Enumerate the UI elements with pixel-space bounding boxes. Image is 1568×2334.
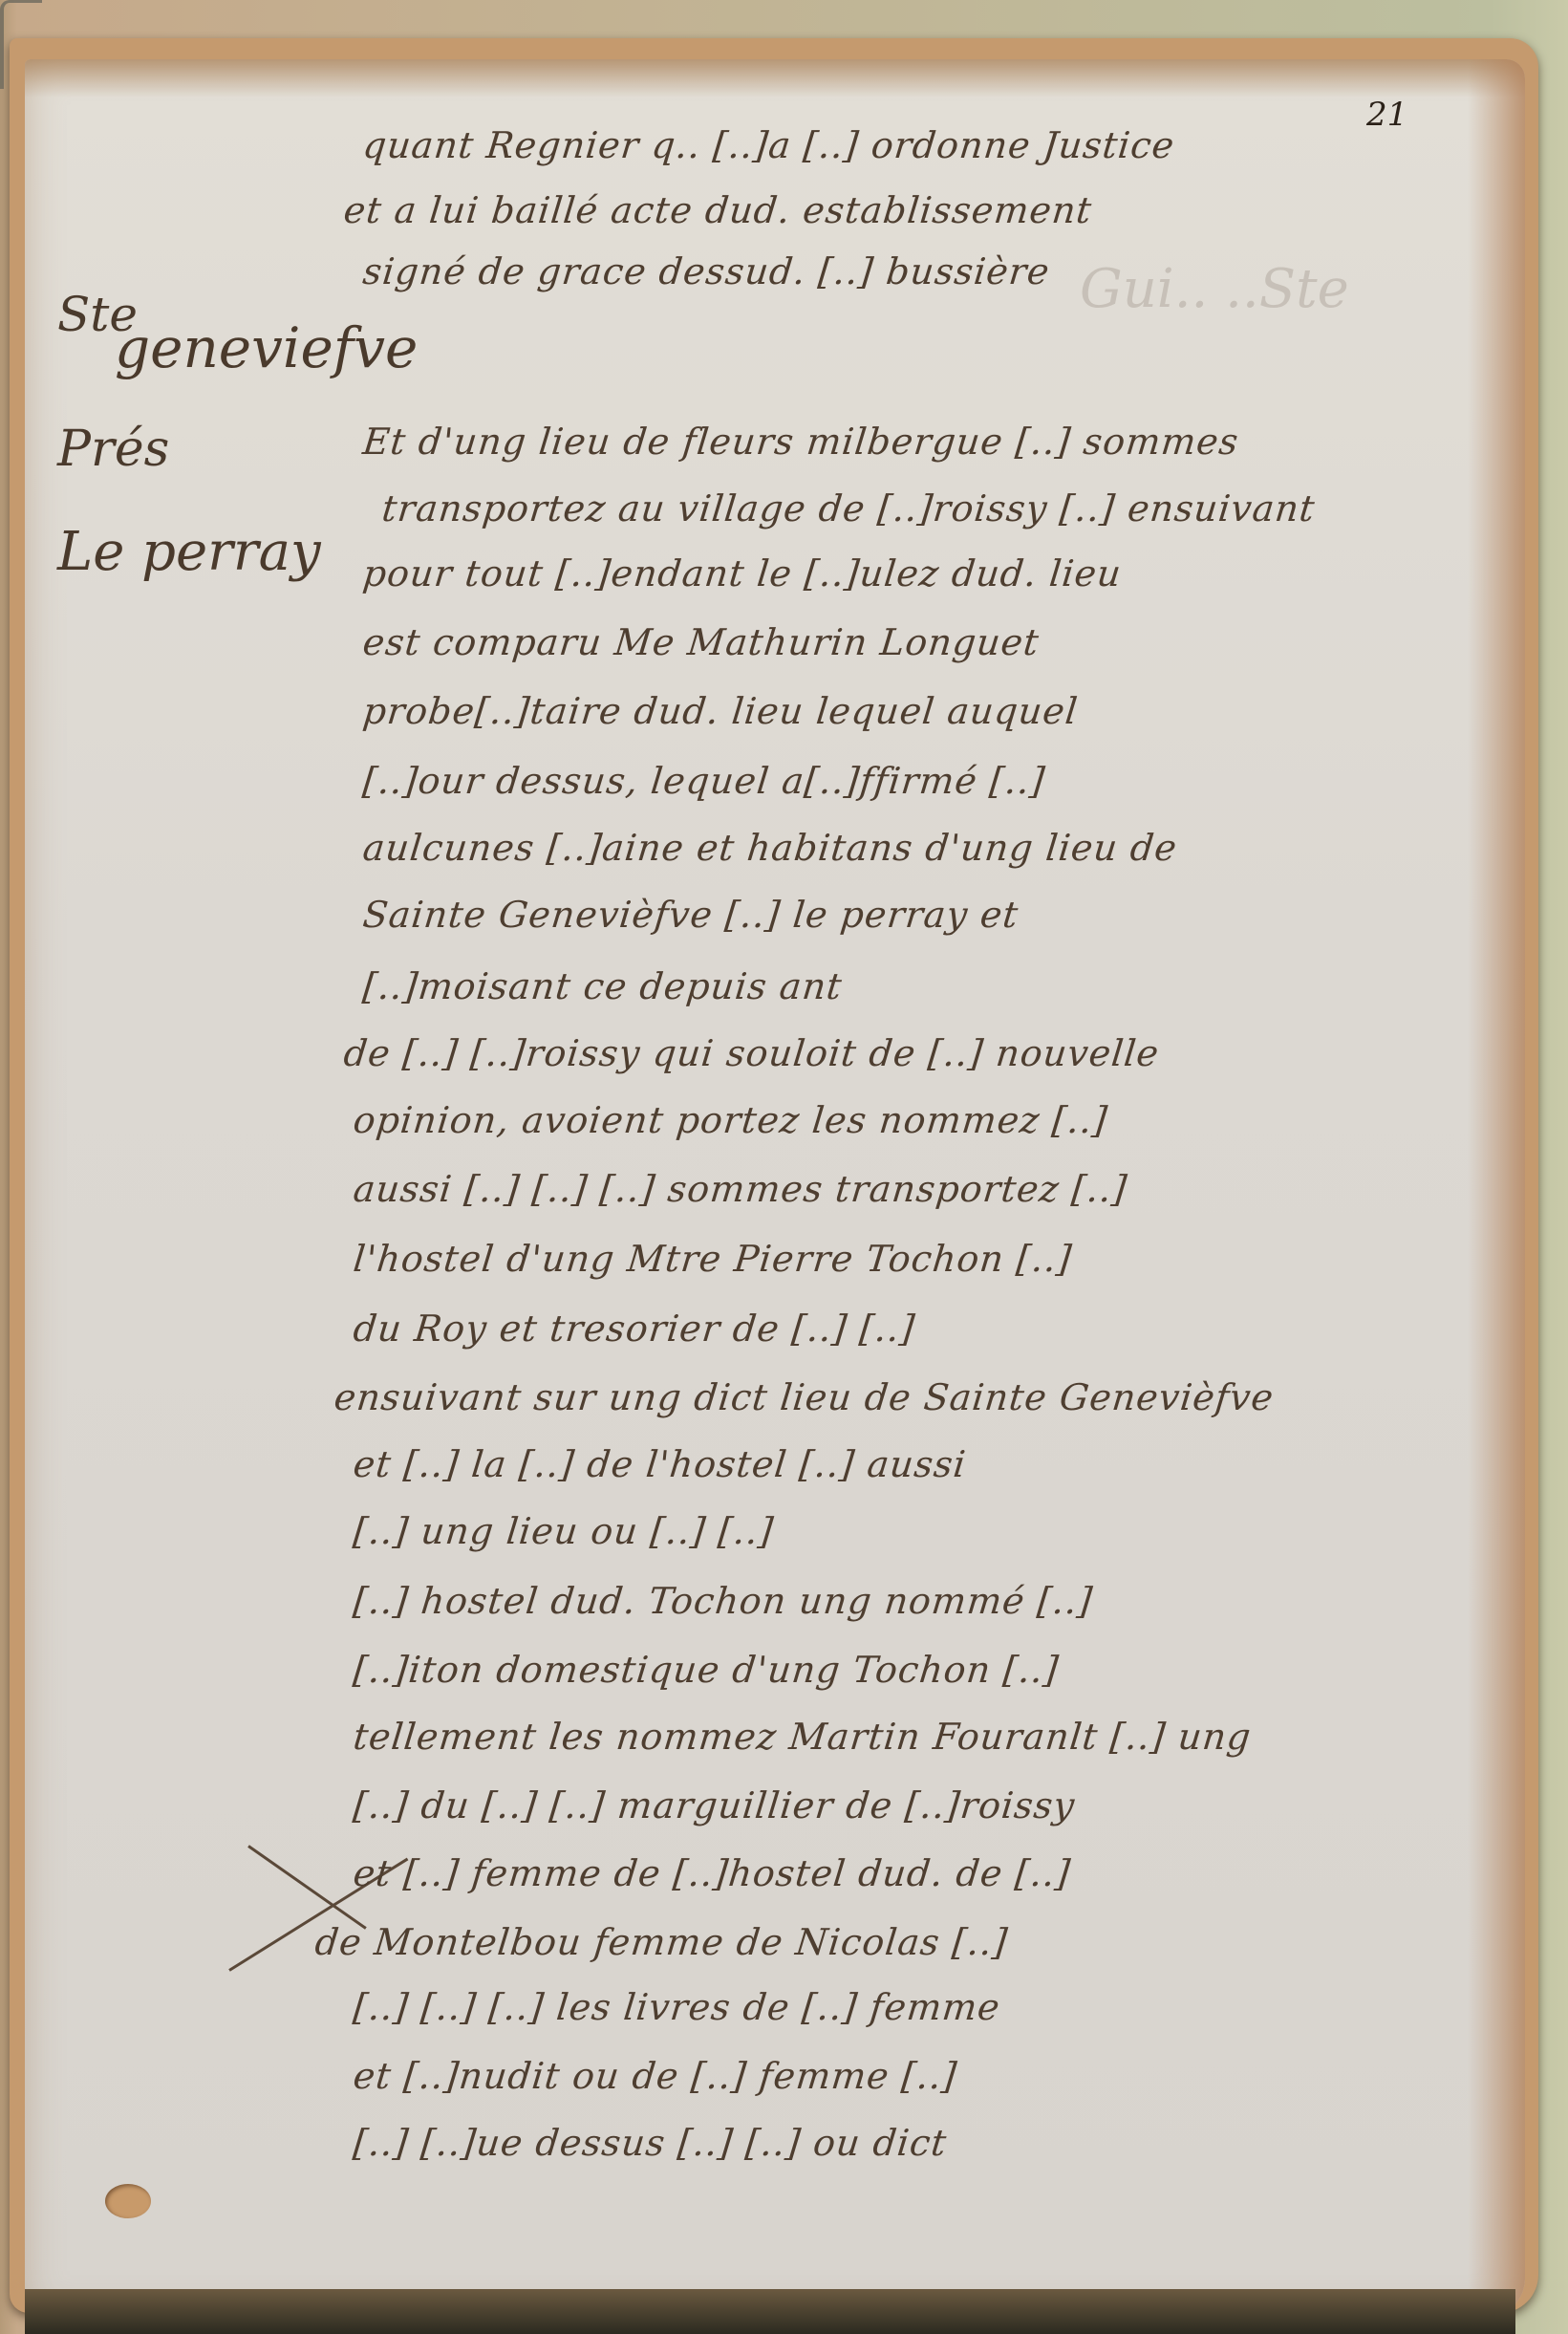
text-line: probe[..]taire dud. lieu lequel auquel <box>361 690 1081 732</box>
text-line: aussi [..] [..] [..] sommes transportez … <box>352 1168 1129 1210</box>
text-line: transportez au village de [..]roissy [..… <box>380 487 1318 529</box>
text-line: [..] [..] [..] les livres de [..] femme <box>352 1986 1002 2028</box>
text-line: [..] [..]ue dessus [..] [..] ou dict <box>352 2122 949 2164</box>
text-line: [..] ung lieu ou [..] [..] <box>352 1510 776 1552</box>
text-line: ensuivant sur ung dict lieu de Sainte Ge… <box>333 1376 1277 1418</box>
text-line: et [..] la [..] de l'hostel [..] aussi <box>352 1443 969 1485</box>
text-line: et [..] femme de [..]hostel dud. de [..] <box>352 1852 1073 1894</box>
text-line: signé de grace dessud. [..] bussière <box>361 250 1052 292</box>
text-line: opinion, avoient portez les nommez [..] <box>352 1099 1110 1141</box>
text-line: du Roy et tresorier de [..] [..] <box>352 1307 917 1350</box>
manuscript-body-text: quant Regnier q.. [..]a [..] ordonne Jus… <box>0 0 1568 2334</box>
text-line: Et d'ung lieu de fleurs milbergue [..] s… <box>361 421 1241 463</box>
text-line: tellement les nommez Martin Fouranlt [..… <box>352 1716 1254 1758</box>
text-line: et [..]nudit ou de [..] femme [..] <box>352 2055 959 2097</box>
text-line: de [..] [..]roissy qui souloit de [..] n… <box>342 1032 1162 1074</box>
text-line: l'hostel d'ung Mtre Pierre Tochon [..] <box>352 1238 1074 1280</box>
text-line: aulcunes [..]aine et habitans d'ung lieu… <box>361 827 1180 869</box>
text-line: de Montelbou femme de Nicolas [..] <box>313 1921 1010 1963</box>
text-line: est comparu Me Mathurin Longuet <box>361 621 1042 663</box>
text-line: [..] hostel dud. Tochon ung nommé [..] <box>352 1580 1095 1622</box>
text-line: [..]our dessus, lequel a[..]ffirmé [..] <box>361 760 1047 802</box>
text-line: pour tout [..]endant le [..]ulez dud. li… <box>361 552 1124 594</box>
text-line: quant Regnier q.. [..]a [..] ordonne Jus… <box>361 124 1177 166</box>
text-line: Sainte Genevièfve [..] le perray et <box>361 894 1021 936</box>
text-line: [..]iton domestique d'ung Tochon [..] <box>352 1649 1062 1691</box>
text-line: et a lui baillé acte dud. establissement <box>342 189 1094 231</box>
text-line: [..] du [..] [..] marguillier de [..]roi… <box>352 1784 1078 1826</box>
text-line: [..]moisant ce depuis ant <box>361 965 845 1007</box>
